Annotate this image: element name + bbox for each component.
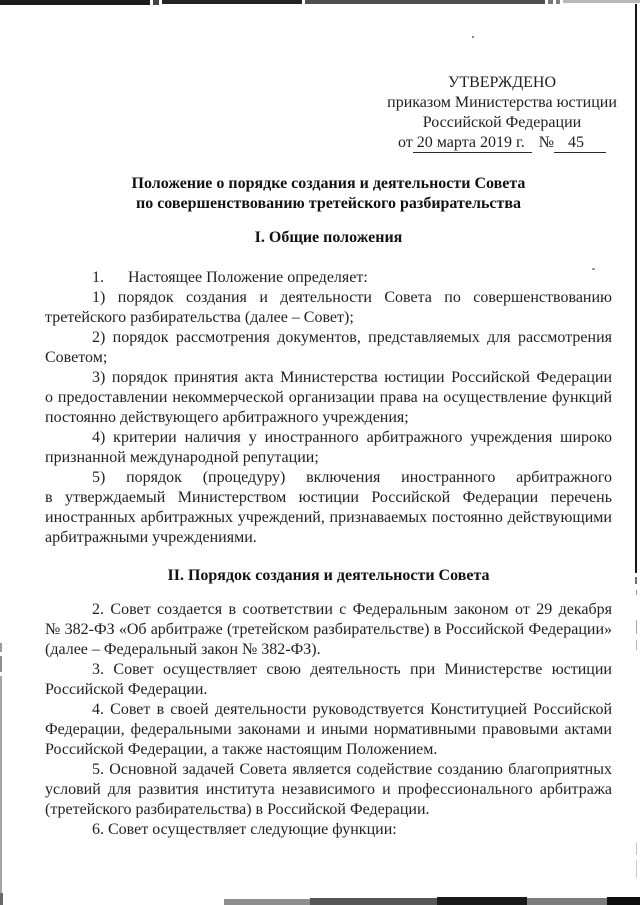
scan-artifact-top-bar [563,0,640,3]
section-2: II. Порядок создания и деятельности Сове… [45,566,612,840]
document-title-line1: Положение о порядке создания и деятельно… [45,174,612,194]
paragraph: 2. Совет создается в соответствии с Феде… [45,600,612,660]
scan-artifact-top-bar [305,0,545,4]
scan-artifact-speck [472,36,474,38]
scan-artifact-left-line [0,893,3,905]
scan-artifact-right-line [636,860,637,878]
scan-artifact-bottom-bar [527,898,607,905]
text-line: 3) порядок принятия акта Министерства юс… [45,368,612,388]
approval-by-line1: приказом Министерства юстиции [378,93,626,113]
paragraph: 5) порядок (процедуру) включения иностра… [45,468,612,548]
approval-by-line2: Российской Федерации [378,113,626,133]
paragraph: 1. Настоящее Положение определяет: [45,268,612,288]
text-line: постоянно действующего арбитражного учре… [45,408,612,428]
text-line: (третейского разбирательства) в Российск… [45,800,612,820]
document-content: УТВЕРЖДЕНО приказом Министерства юстиции… [0,73,640,840]
text-line: Российской Федерации, а также настоящим … [45,740,612,760]
text-line: № 382-ФЗ «Об арбитраже (третейском разби… [45,620,612,640]
text-line: 3. Совет осуществляет свою деятельность … [45,660,612,680]
scan-artifact-top-bar [162,0,302,4]
scanned-document-page: УТВЕРЖДЕНО приказом Министерства юстиции… [0,0,640,905]
text-line: иностранных арбитражных учреждений, приз… [45,508,612,528]
text-line: 2. Совет создается в соответствии с Феде… [45,600,612,620]
text-line: 2) порядок рассмотрения документов, пред… [45,328,612,348]
section-1: I. Общие положения1. Настоящее Положение… [45,228,612,548]
scan-artifact-top-bar [153,0,159,5]
approval-number-value: 45 [554,134,606,153]
scan-artifact-top-bar [556,0,560,4]
approval-number-sign: № [539,134,554,151]
approval-approved-label: УТВЕРЖДЕНО [378,73,626,93]
text-line: 1) порядок создания и деятельности Совет… [45,288,612,308]
document-title: Положение о порядке создания и деятельно… [45,174,612,214]
text-line: 5) порядок (процедуру) включения иностра… [45,468,612,488]
text-line: условий для развития института независим… [45,780,612,800]
text-line: о предоставлении некоммерческой организа… [45,388,612,408]
scan-artifact-bottom-bar [310,898,437,905]
paragraph: 1) порядок создания и деятельности Совет… [45,288,612,328]
paragraph: 4. Совет в своей деятельности руководств… [45,700,612,760]
paragraph: 6. Совет осуществляет следующие функции: [45,820,612,840]
scan-artifact-bottom-bar [224,899,310,905]
paragraph: 3. Совет осуществляет свою деятельность … [45,660,612,700]
paragraph: 3) порядок принятия акта Министерства юс… [45,368,612,428]
text-line: 6. Совет осуществляет следующие функции: [45,820,612,840]
text-line: третейского разбирательства (далее – Сов… [45,308,612,328]
paragraph: 5. Основной задачей Совета является соде… [45,760,612,820]
text-line: 1. Настоящее Положение определяет: [45,268,612,288]
scan-artifact-top-bar [0,0,150,5]
scan-artifact-top-bar [548,0,553,4]
text-line: 4) критерии наличия у иностранного арбит… [45,428,612,448]
text-line: 5. Основной задачей Совета является соде… [45,760,612,780]
text-line: Российской Федерации. [45,680,612,700]
scan-artifact-bottom-bar [607,897,640,905]
text-line: Федерации, федеральными законами и иными… [45,720,612,740]
document-body: I. Общие положения1. Настоящее Положение… [45,228,612,840]
section-heading: II. Порядок создания и деятельности Сове… [45,566,612,586]
approval-block: УТВЕРЖДЕНО приказом Министерства юстиции… [378,73,626,153]
paragraph: 4) критерии наличия у иностранного арбит… [45,428,612,468]
text-line: Советом; [45,348,612,368]
section-heading: I. Общие положения [45,228,612,248]
text-line: в утверждаемый Министерством юстиции Рос… [45,488,612,508]
text-line: (далее – Федеральный закон № 382-ФЗ). [45,640,612,660]
approval-date-line: от20 марта 2019 г.№45 [378,133,626,153]
scan-artifact-right-line [636,843,637,855]
approval-date-value: 20 марта 2019 г. [413,134,532,153]
text-line: признанной международной репутации; [45,448,612,468]
scan-artifact-bottom-bar [437,897,527,905]
document-title-line2: по совершенствованию третейского разбира… [45,194,612,214]
text-line: 4. Совет в своей деятельности руководств… [45,700,612,720]
text-line: арбитражными учреждениями. [45,528,612,548]
paragraph: 2) порядок рассмотрения документов, пред… [45,328,612,368]
approval-date-prefix: от [398,134,413,151]
